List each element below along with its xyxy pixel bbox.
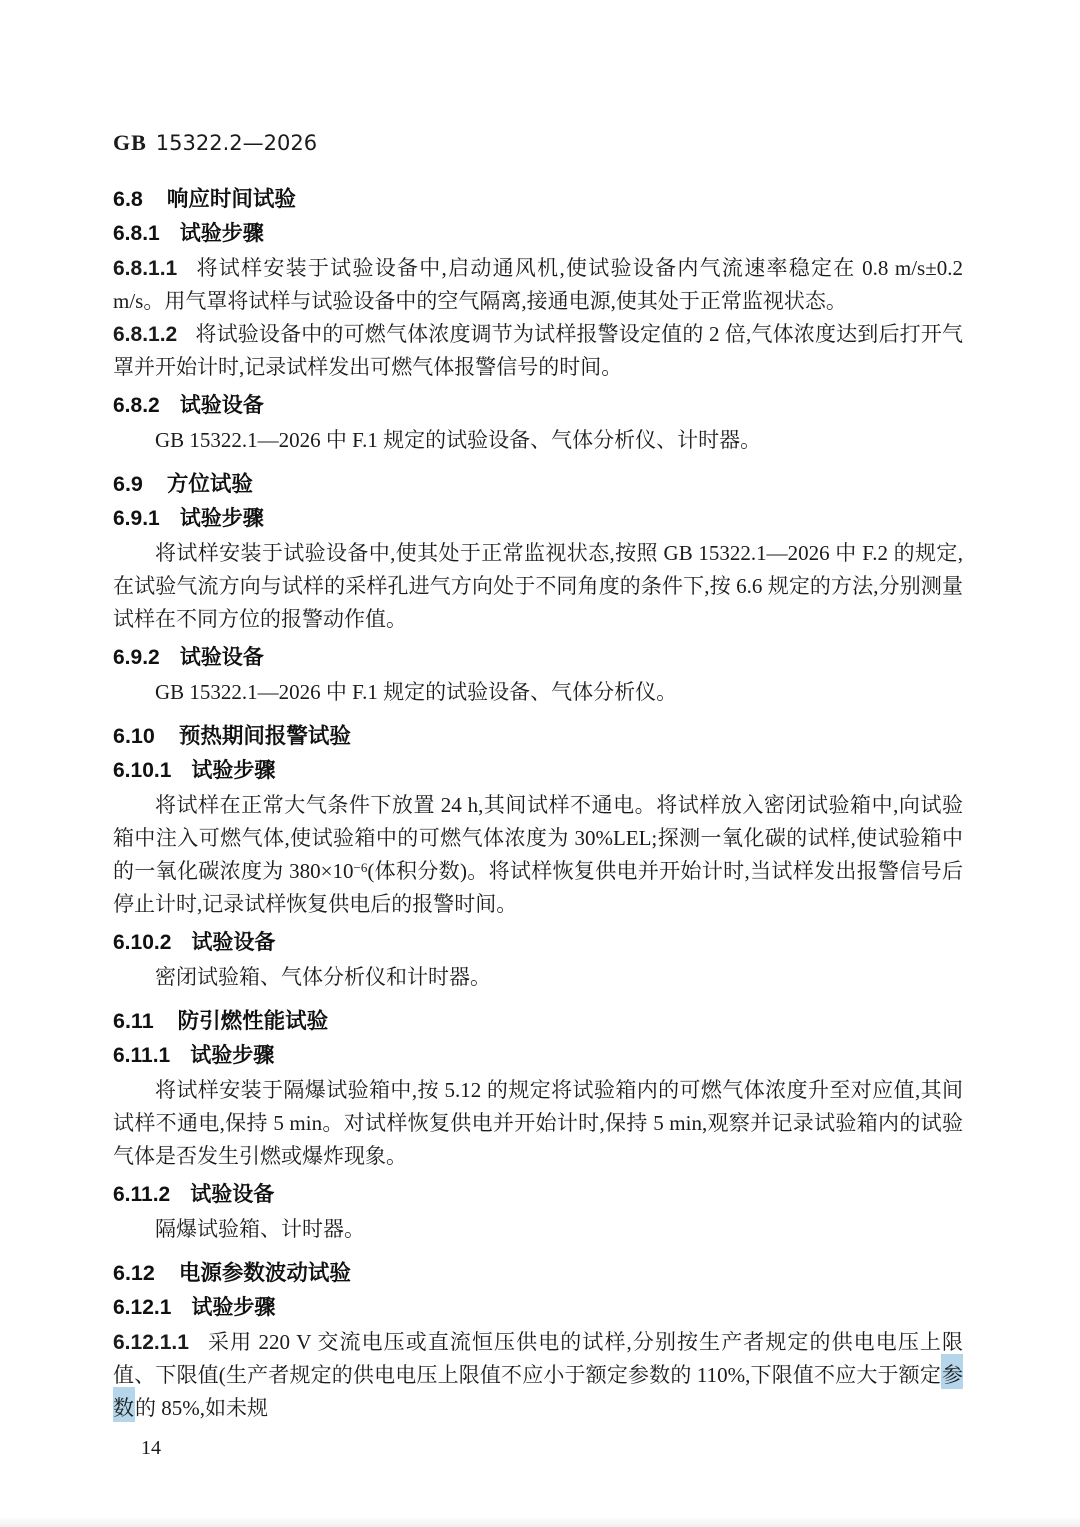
subsection-number: 6.8.2	[113, 394, 160, 417]
section-title: 预热期间报警试验	[179, 724, 351, 748]
clause-text: 将试样安装于试验设备中,启动通风机,使试验设备内气流速率稳定在 0.8 m/s±…	[113, 256, 963, 313]
subsection-number: 6.11.2	[113, 1183, 170, 1206]
section-heading-6-10: 6.10预热期间报警试验	[113, 723, 963, 749]
subsection-title: 试验步骤	[180, 222, 264, 245]
subsection-title: 试验步骤	[191, 759, 275, 782]
subsection-title: 试验步骤	[180, 507, 264, 530]
subsection-number: 6.11.1	[113, 1044, 170, 1067]
subsection-heading-6-8-2: 6.8.2试验设备	[113, 394, 963, 418]
section-heading-6-11: 6.11防引燃性能试验	[113, 1008, 963, 1034]
clause-number: 6.8.1.1	[113, 257, 177, 280]
paragraph-6-8-2: GB 15322.1—2026 中 F.1 规定的试验设备、气体分析仪、计时器。	[113, 424, 963, 457]
section-title: 防引燃性能试验	[178, 1009, 329, 1033]
subsection-title: 试验步骤	[191, 1296, 275, 1319]
clause-text: GB 15322.1—2026 中 F.1 规定的试验设备、气体分析仪、计时器。	[155, 428, 761, 452]
section-number: 6.12	[113, 1261, 155, 1285]
paragraph-6-9-2: GB 15322.1—2026 中 F.1 规定的试验设备、气体分析仪。	[113, 676, 963, 709]
subsection-heading-6-9-2: 6.9.2试验设备	[113, 646, 963, 670]
exponent-superscript: −6	[354, 860, 368, 875]
section-number: 6.8	[113, 187, 143, 211]
clause-text: 密闭试验箱、气体分析仪和计时器。	[155, 965, 491, 989]
standard-code-prefix: GB	[113, 130, 147, 155]
paragraph-6-8-1-1: 6.8.1.1将试样安装于试验设备中,启动通风机,使试验设备内气流速率稳定在 0…	[113, 252, 963, 318]
section-number: 6.11	[113, 1009, 154, 1033]
paragraph-6-12-1-1: 6.12.1.1采用 220 V 交流电压或直流恒压供电的试样,分别按生产者规定…	[113, 1326, 963, 1425]
section-number: 6.10	[113, 724, 155, 748]
paragraph-6-11-2: 隔爆试验箱、计时器。	[113, 1213, 963, 1246]
clause-text: 将试验设备中的可燃气体浓度调节为试样报警设定值的 2 倍,气体浓度达到后打开气罩…	[113, 322, 963, 379]
clause-text-post: 的 85%,如未规	[135, 1396, 268, 1420]
clause-number: 6.8.1.2	[113, 323, 177, 346]
document-page: GB15322.2—2026 6.8响应时间试验 6.8.1试验步骤 6.8.1…	[0, 0, 1080, 1527]
section-number: 6.9	[113, 472, 143, 496]
subsection-heading-6-11-2: 6.11.2试验设备	[113, 1183, 963, 1207]
subsection-heading-6-12-1: 6.12.1试验步骤	[113, 1296, 963, 1320]
clause-text: 隔爆试验箱、计时器。	[155, 1217, 365, 1241]
standard-code-number: 15322.2—2026	[156, 131, 317, 155]
standard-code-header: GB15322.2—2026	[113, 130, 963, 156]
section-title: 方位试验	[167, 472, 253, 496]
clause-text: GB 15322.1—2026 中 F.1 规定的试验设备、气体分析仪。	[155, 680, 677, 704]
page-number: 14	[113, 1435, 963, 1461]
subsection-number: 6.8.1	[113, 222, 160, 245]
subsection-title: 试验设备	[191, 931, 275, 954]
subsection-heading-6-9-1: 6.9.1试验步骤	[113, 507, 963, 531]
subsection-number: 6.10.2	[113, 931, 171, 954]
clause-text: 将试样安装于隔爆试验箱中,按 5.12 的规定将试验箱内的可燃气体浓度升至对应值…	[113, 1078, 963, 1168]
subsection-heading-6-10-2: 6.10.2试验设备	[113, 931, 963, 955]
subsection-heading-6-10-1: 6.10.1试验步骤	[113, 759, 963, 783]
paragraph-6-10-1: 将试样在正常大气条件下放置 24 h,其间试样不通电。将试样放入密闭试验箱中,向…	[113, 789, 963, 921]
clause-text: 将试样安装于试验设备中,使其处于正常监视状态,按照 GB 15322.1—202…	[113, 541, 963, 631]
subsection-heading-6-8-1: 6.8.1试验步骤	[113, 222, 963, 246]
subsection-title: 试验步骤	[190, 1044, 274, 1067]
subsection-heading-6-11-1: 6.11.1试验步骤	[113, 1044, 963, 1068]
subsection-number: 6.9.1	[113, 507, 160, 530]
section-heading-6-12: 6.12电源参数波动试验	[113, 1260, 963, 1286]
subsection-number: 6.9.2	[113, 646, 160, 669]
paragraph-6-9-1: 将试样安装于试验设备中,使其处于正常监视状态,按照 GB 15322.1—202…	[113, 537, 963, 636]
section-heading-6-9: 6.9方位试验	[113, 471, 963, 497]
paragraph-6-8-1-2: 6.8.1.2将试验设备中的可燃气体浓度调节为试样报警设定值的 2 倍,气体浓度…	[113, 318, 963, 384]
section-heading-6-8: 6.8响应时间试验	[113, 186, 963, 212]
section-title: 电源参数波动试验	[179, 1261, 351, 1285]
section-title: 响应时间试验	[167, 187, 296, 211]
clause-text-pre: 采用 220 V 交流电压或直流恒压供电的试样,分别按生产者规定的供电电压上限值…	[113, 1330, 963, 1387]
subsection-number: 6.12.1	[113, 1296, 171, 1319]
paragraph-6-10-2: 密闭试验箱、气体分析仪和计时器。	[113, 961, 963, 994]
subsection-number: 6.10.1	[113, 759, 171, 782]
subsection-title: 试验设备	[180, 646, 264, 669]
clause-number: 6.12.1.1	[113, 1331, 189, 1354]
subsection-title: 试验设备	[180, 394, 264, 417]
paragraph-6-11-1: 将试样安装于隔爆试验箱中,按 5.12 的规定将试验箱内的可燃气体浓度升至对应值…	[113, 1074, 963, 1173]
subsection-title: 试验设备	[190, 1183, 274, 1206]
